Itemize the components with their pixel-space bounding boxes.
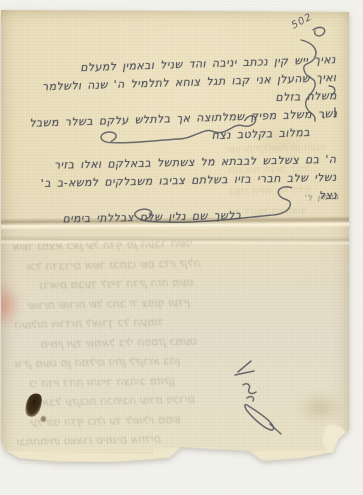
torn-edge-fold bbox=[5, 451, 157, 463]
bleedthrough-lower: אשר נמצא כאן על הדף מן העבר השני וכל הדב… bbox=[13, 231, 339, 452]
letter-page: שורות קלושות מן העבר הנראות מבעד לנייר ב… bbox=[1, 10, 349, 472]
scan-area: שורות קלושות מן העבר הנראות מבעד לנייר ב… bbox=[0, 0, 363, 495]
signature-flourish-1 bbox=[92, 111, 263, 151]
signature-flourish-2 bbox=[98, 179, 304, 226]
pen-marks bbox=[223, 345, 287, 437]
torn-edge-fold bbox=[247, 450, 335, 460]
